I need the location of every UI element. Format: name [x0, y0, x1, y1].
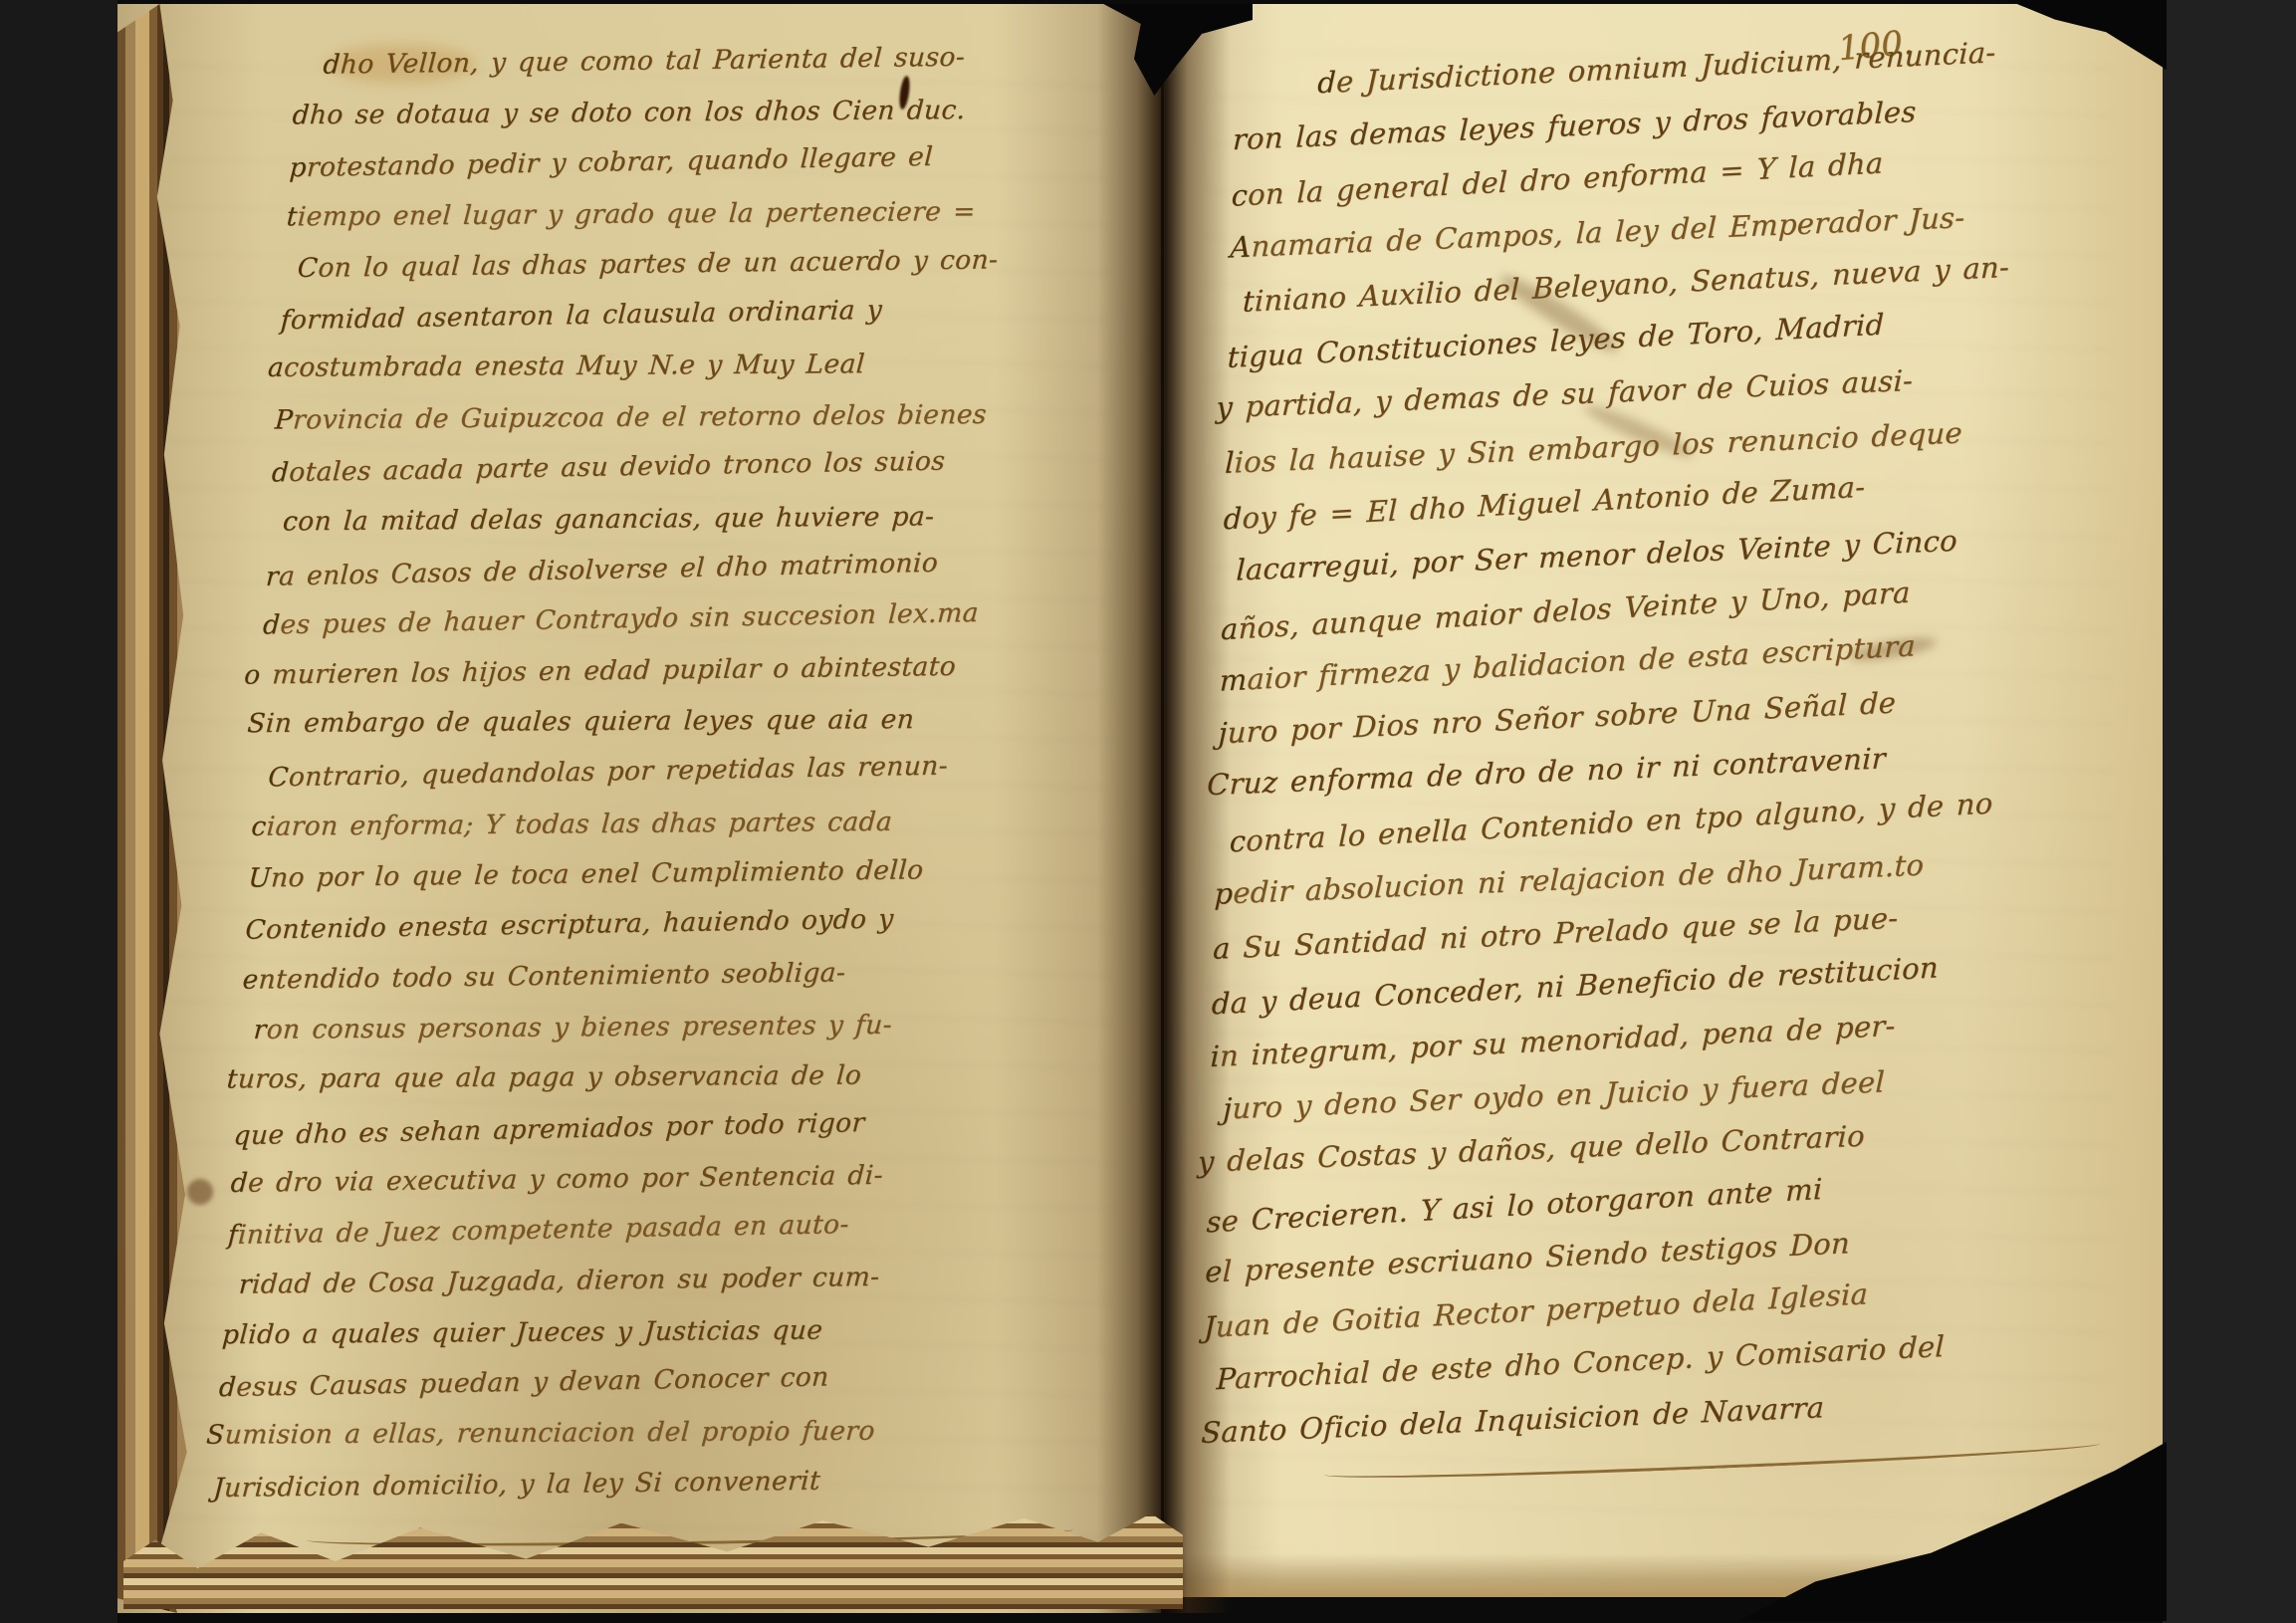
manuscript-line: Jurisdicion domicilio, y la ley Si conve… [212, 1453, 1012, 1513]
manuscript-line: ciaron enforma; Y todas las dhas partes … [250, 796, 1049, 852]
manuscript-line: entendido todo su Contenimiento seobliga… [241, 945, 1040, 1006]
left-page-text: dho Vellon, y que como tal Parienta del … [212, 30, 1093, 1513]
photo-backdrop: dho Vellon, y que como tal Parienta del … [0, 0, 2296, 1623]
left-page-deckle-edge [117, 4, 199, 1613]
manuscript-line: acostumbrada enesta Muy N.e y Muy Leal [266, 338, 1075, 393]
backdrop-band-left [0, 0, 117, 1623]
manuscript-line: ridad de Cosa Juzgada, dieron su poder c… [237, 1250, 1023, 1310]
left-page: dho Vellon, y que como tal Parienta del … [117, 4, 1161, 1613]
manuscript-line: Sumision a ellas, renunciacion del propi… [205, 1405, 1015, 1461]
manuscript-line: ron consus personas y bienes presentes y… [252, 999, 1037, 1055]
manuscript-line: o murieren los hijos en edad pupilar o a… [243, 640, 1058, 701]
manuscript-line: Contrario, quedandolas por repetidas las… [267, 739, 1052, 804]
right-page: 100. de Jurisdictione omnium Judicium, r… [1161, 4, 2163, 1597]
manuscript-line: dho Vellon, y que como tal Parienta del … [322, 30, 1093, 90]
manuscript-line: tiempo enel lugar y grado que la pertene… [285, 185, 1084, 242]
backdrop-band-right [2163, 0, 2296, 1623]
paper-stain [187, 1179, 213, 1205]
manuscript-book: dho Vellon, y que como tal Parienta del … [117, 4, 2163, 1613]
right-page-text: de Jurisdictione omnium Judicium, renunc… [1201, 19, 2140, 1461]
